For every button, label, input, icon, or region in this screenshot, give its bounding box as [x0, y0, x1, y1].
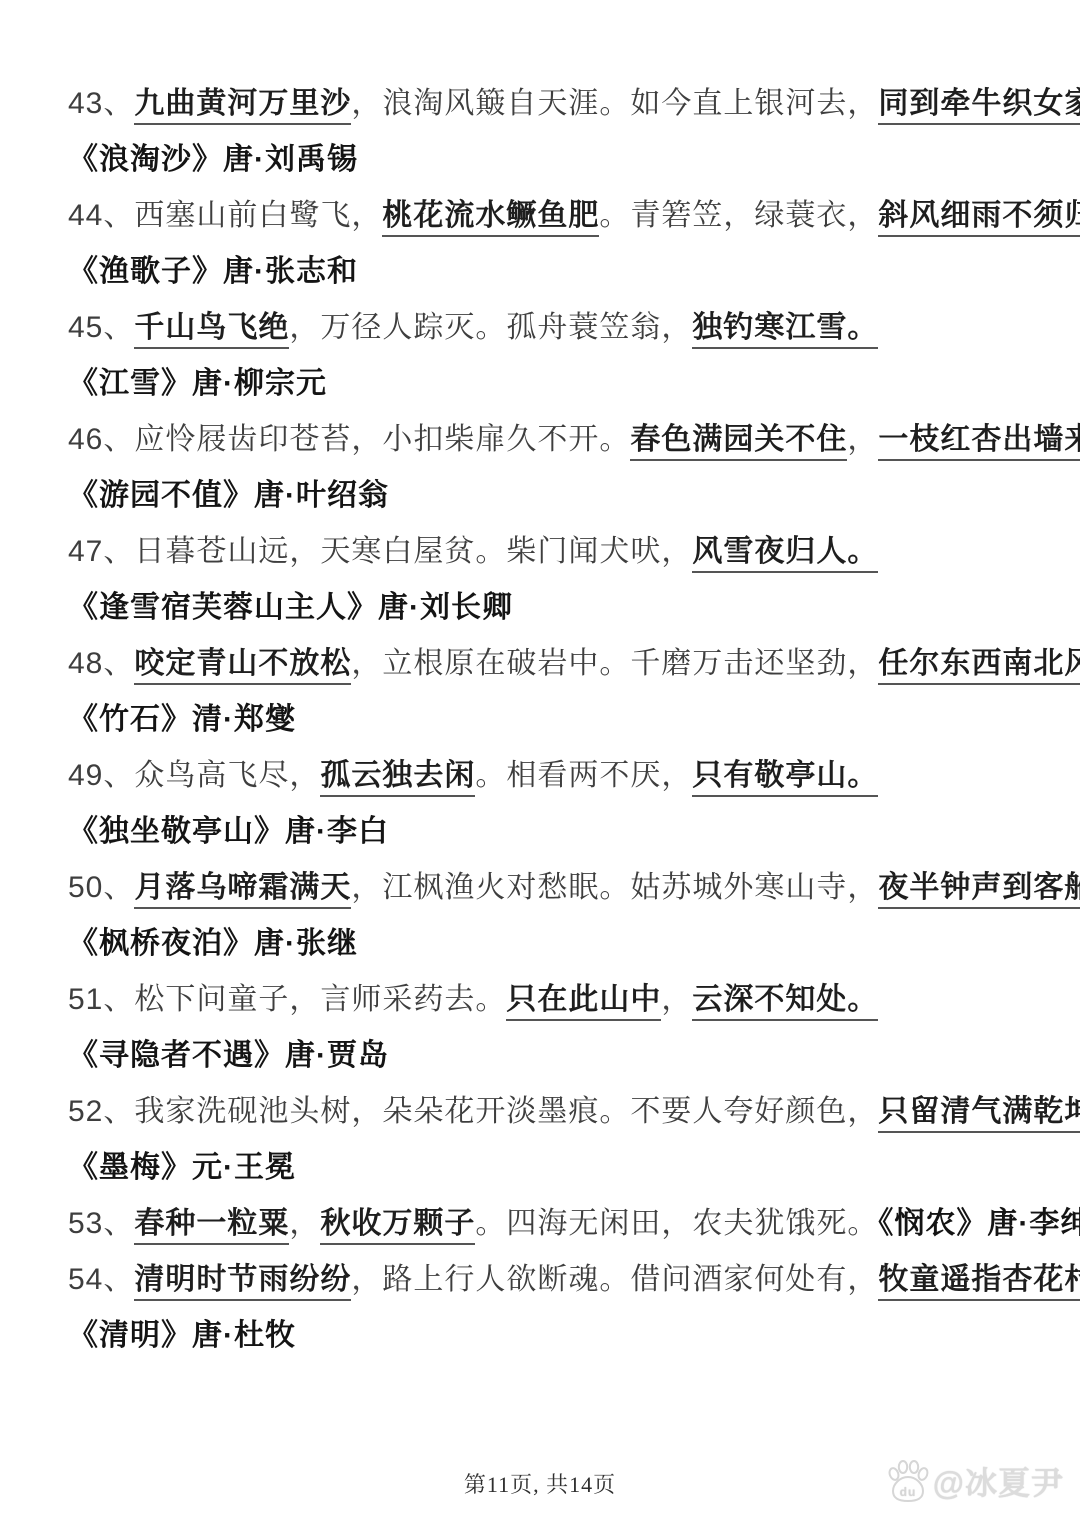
poem-line-51: 51、松下问童子，言师采药去。只在此山中，云深不知处。: [68, 972, 1020, 1028]
watermark: du @冰夏尹: [886, 1458, 1064, 1504]
poem-number: 48、: [68, 647, 134, 680]
poem-line-50: 50、月落乌啼霜满天，江枫渔火对愁眠。姑苏城外寒山寺，夜半钟声到客船。: [68, 860, 1020, 916]
poem-text-segment: 我家洗砚池头树，朵朵花开淡墨痕。不要人夸好颜色，: [134, 1095, 878, 1128]
poem-title-inline: 《悯农》唐·李绅: [878, 1207, 1080, 1240]
poem-emphasis-segment: 秋收万颗子: [320, 1207, 475, 1245]
poem-emphasis-segment: 千山鸟飞绝: [134, 311, 289, 349]
poem-text-segment: ，路上行人欲断魂。借问酒家何处有，: [351, 1263, 878, 1296]
poem-number: 53、: [68, 1207, 134, 1240]
poem-title: 《寻隐者不遇》唐·贾岛: [68, 1039, 389, 1072]
poem-emphasis-segment: 云深不知处。: [692, 983, 878, 1021]
poem-title-line-48: 《竹石》清·郑燮: [68, 692, 1020, 748]
poem-title: 《清明》唐·杜牧: [68, 1319, 296, 1352]
poem-number: 51、: [68, 983, 134, 1016]
poem-title: 《独坐敬亭山》唐·李白: [68, 815, 389, 848]
poem-line-48: 48、咬定青山不放松，立根原在破岩中。千磨万击还坚劲，任尔东西南北风。: [68, 636, 1020, 692]
watermark-handle: @冰夏尹: [933, 1458, 1064, 1504]
poem-line-54: 54、清明时节雨纷纷，路上行人欲断魂。借问酒家何处有，牧童遥指杏花村。: [68, 1252, 1020, 1308]
poem-title: 《逢雪宿芙蓉山主人》唐·刘长卿: [68, 591, 513, 624]
poem-title: 《江雪》唐·柳宗元: [68, 367, 327, 400]
poem-text-segment: ，: [351, 87, 382, 120]
svg-text:du: du: [899, 1485, 916, 1499]
poem-text-segment: ，: [289, 1207, 320, 1240]
poem-line-44: 44、西塞山前白鹭飞，桃花流水鳜鱼肥。青箬笠，绿蓑衣，斜风细雨不须归。: [68, 188, 1020, 244]
poem-text-segment: 。四海无闲田，农夫犹饿死。: [475, 1207, 878, 1240]
poem-text-segment: 应怜屐齿印苍苔，小扣柴扉久不开。: [134, 423, 630, 456]
poem-text-segment: ，: [847, 423, 878, 456]
poem-number: 50、: [68, 871, 134, 904]
poem-line-47: 47、日暮苍山远，天寒白屋贫。柴门闻犬吠，风雪夜归人。: [68, 524, 1020, 580]
poem-emphasis-segment: 春色满园关不住: [630, 423, 847, 461]
poem-emphasis-segment: 斜风细雨不须归。: [878, 199, 1080, 237]
poem-text-segment: 松下问童子，言师采药去。: [134, 983, 506, 1016]
poem-line-46: 46、应怜屐齿印苍苔，小扣柴扉久不开。春色满园关不住，一枝红杏出墙来。: [68, 412, 1020, 468]
poem-title-line-54: 《清明》唐·杜牧: [68, 1308, 1020, 1364]
poem-line-49: 49、众鸟高飞尽，孤云独去闲。相看两不厌，只有敬亭山。: [68, 748, 1020, 804]
poem-emphasis-segment: 任尔东西南北风。: [878, 647, 1080, 685]
baidu-paw-icon: du: [886, 1458, 930, 1504]
poem-text-segment: ，立根原在破岩中。千磨万击还坚劲，: [351, 647, 878, 680]
poem-title-line-51: 《寻隐者不遇》唐·贾岛: [68, 1028, 1020, 1084]
poem-title-line-44: 《渔歌子》唐·张志和: [68, 244, 1020, 300]
poem-emphasis-segment: 咬定青山不放松: [134, 647, 351, 685]
poem-emphasis-segment: 孤云独去闲: [320, 759, 475, 797]
poem-number: 47、: [68, 535, 134, 568]
poem-title-line-50: 《枫桥夜泊》唐·张继: [68, 916, 1020, 972]
poem-emphasis-segment: 只留清气满乾坤。: [878, 1095, 1080, 1133]
poem-line-45: 45、千山鸟飞绝，万径人踪灭。孤舟蓑笠翁，独钓寒江雪。: [68, 300, 1020, 356]
poem-number: 44、: [68, 199, 134, 232]
poem-emphasis-segment: 春种一粒粟: [134, 1207, 289, 1245]
poem-list: 43、九曲黄河万里沙，浪淘风簸自天涯。如今直上银河去，同到牵牛织女家。《浪淘沙》…: [68, 76, 1020, 1364]
poem-title-line-45: 《江雪》唐·柳宗元: [68, 356, 1020, 412]
document-page: { "page": { "footer": "第11页, 共14页", "wat…: [0, 0, 1080, 1528]
poem-number: 46、: [68, 423, 134, 456]
poem-text-segment: ，江枫渔火对愁眠。姑苏城外寒山寺，: [351, 871, 878, 904]
poem-title-line-52: 《墨梅》元·王冕: [68, 1140, 1020, 1196]
poem-title: 《墨梅》元·王冕: [68, 1151, 296, 1184]
poem-emphasis-segment: 牧童遥指杏花村。: [878, 1263, 1080, 1301]
poem-title: 《渔歌子》唐·张志和: [68, 255, 358, 288]
poem-emphasis-segment: 月落乌啼霜满天: [134, 871, 351, 909]
poem-number: 49、: [68, 759, 134, 792]
poem-text-segment: 浪淘风簸自天涯。如今直上银河去，: [382, 87, 878, 120]
poem-emphasis-segment: 风雪夜归人。: [692, 535, 878, 573]
poem-emphasis-segment: 只在此山中: [506, 983, 661, 1021]
poem-text-segment: 众鸟高飞尽，: [134, 759, 320, 792]
poem-line-53: 53、春种一粒粟，秋收万颗子。四海无闲田，农夫犹饿死。《悯农》唐·李绅: [68, 1196, 1020, 1252]
poem-number: 52、: [68, 1095, 134, 1128]
poem-title: 《浪淘沙》唐·刘禹锡: [68, 143, 358, 176]
poem-number: 43、: [68, 87, 134, 120]
poem-emphasis-segment: 夜半钟声到客船。: [878, 871, 1080, 909]
poem-emphasis-segment: 独钓寒江雪。: [692, 311, 878, 349]
poem-text-segment: ，: [661, 983, 692, 1016]
poem-text-segment: 。青箬笠，绿蓑衣，: [599, 199, 878, 232]
poem-text-segment: ，万径人踪灭。孤舟蓑笠翁，: [289, 311, 692, 344]
poem-text-segment: 西塞山前白鹭飞，: [134, 199, 382, 232]
poem-title: 《竹石》清·郑燮: [68, 703, 296, 736]
poem-emphasis-segment: 清明时节雨纷纷: [134, 1263, 351, 1301]
poem-title-line-43: 《浪淘沙》唐·刘禹锡: [68, 132, 1020, 188]
poem-title-line-46: 《游园不值》唐·叶绍翁: [68, 468, 1020, 524]
poem-title: 《枫桥夜泊》唐·张继: [68, 927, 358, 960]
poem-emphasis-segment: 只有敬亭山。: [692, 759, 878, 797]
poem-emphasis-segment: 一枝红杏出墙来。: [878, 423, 1080, 461]
poem-emphasis-segment: 同到牵牛织女家。: [878, 87, 1080, 125]
poem-emphasis-segment: 桃花流水鳜鱼肥: [382, 199, 599, 237]
poem-text-segment: 。相看两不厌，: [475, 759, 692, 792]
poem-title: 《游园不值》唐·叶绍翁: [68, 479, 389, 512]
poem-title-line-47: 《逢雪宿芙蓉山主人》唐·刘长卿: [68, 580, 1020, 636]
poem-title-line-49: 《独坐敬亭山》唐·李白: [68, 804, 1020, 860]
poem-line-43: 43、九曲黄河万里沙，浪淘风簸自天涯。如今直上银河去，同到牵牛织女家。: [68, 76, 1020, 132]
poem-number: 54、: [68, 1263, 134, 1296]
poem-emphasis-segment: 九曲黄河万里沙: [134, 87, 351, 125]
poem-line-52: 52、我家洗砚池头树，朵朵花开淡墨痕。不要人夸好颜色，只留清气满乾坤。: [68, 1084, 1020, 1140]
poem-text-segment: 日暮苍山远，天寒白屋贫。柴门闻犬吠，: [134, 535, 692, 568]
poem-number: 45、: [68, 311, 134, 344]
